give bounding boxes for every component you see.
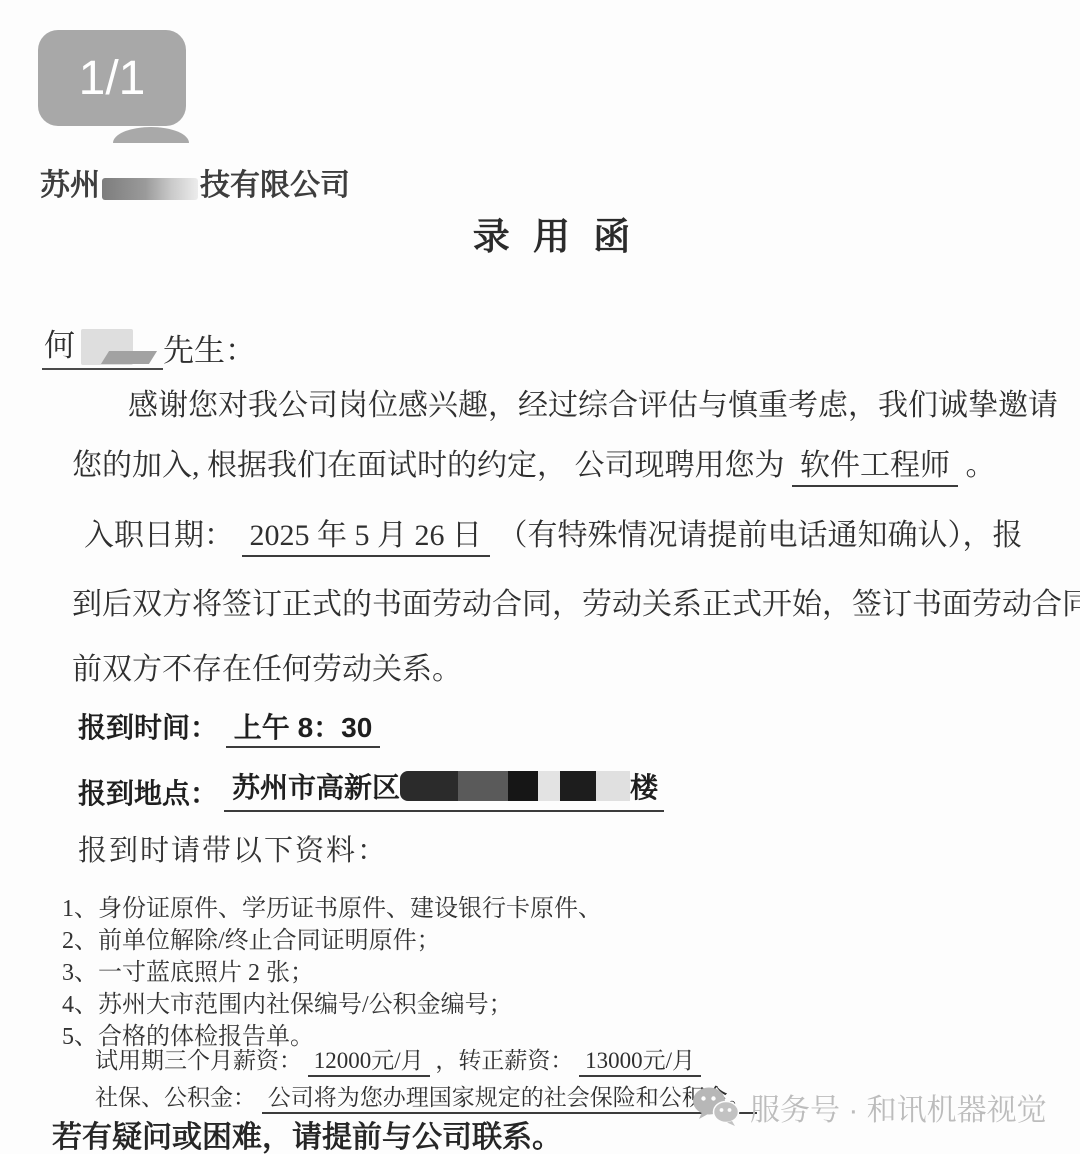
report-place-label: 报到地点： — [78, 772, 218, 812]
report-place-value-underlined: 苏州市高新区 楼 — [224, 766, 664, 812]
paragraph1-line1: 感谢您对我公司岗位感兴趣，经过综合评估与慎重考虑，我们诚挚邀请 — [128, 380, 1058, 424]
page-indicator-badge: 1/1 — [38, 30, 186, 126]
greeting-suffix: 先生： — [163, 325, 256, 370]
materials-item-1: 1、身份证原件、学历证书原件、建设银行卡原件、 — [62, 893, 602, 925]
address-redaction-block-3 — [508, 771, 538, 801]
company-name-prefix: 苏州 — [40, 160, 100, 204]
watermark: 服务号 · 和讯机器视觉 — [692, 1085, 1047, 1129]
salary-label: 试用期三个月薪资： — [95, 1048, 302, 1073]
address-redaction-gap — [538, 771, 560, 801]
insurance-value-underlined: 公司将为您办理国家规定的社会保险和公积金。 — [262, 1085, 757, 1114]
salary-mid-text: ，转正薪资： — [435, 1048, 573, 1073]
salary-line: 试用期三个月薪资： 12000元/月 ，转正薪资： 13000元/月 — [95, 1042, 701, 1075]
paragraph2-line3: 前双方不存在任何劳动关系。 — [72, 644, 462, 688]
materials-list: 1、身份证原件、学历证书原件、建设银行卡原件、 2、前单位解除/终止合同证明原件… — [62, 893, 602, 1053]
recipient-surname: 何 — [44, 320, 75, 365]
report-time-line: 报到时间： 上午 8：30 — [78, 706, 380, 746]
page-indicator-text: 1/1 — [79, 51, 146, 106]
paragraph1-line2-period: 。 — [966, 449, 996, 482]
watermark-text: 服务号 · 和讯机器视觉 — [750, 1085, 1047, 1129]
probation-salary-underlined: 12000元/月 — [308, 1048, 430, 1077]
offer-letter-page: 1/1 苏州 技有限公司 录 用 函 何 先生： 感谢您对我公司岗位感兴趣，经过… — [0, 0, 1080, 1154]
materials-item-2: 2、前单位解除/终止合同证明原件； — [62, 925, 602, 957]
onboard-date-note: （有特殊情况请提前电话通知确认），报 — [498, 519, 1023, 552]
gray-dome-shape — [113, 127, 189, 143]
address-redaction-block-4 — [560, 771, 596, 801]
document-title: 录 用 函 — [0, 206, 1080, 260]
paragraph1-line2-text: 您的加入, 根据我们在面试时的约定， 公司现聘用您为 — [72, 449, 785, 482]
report-place-district: 苏州市高新区 — [232, 766, 400, 806]
paragraph2-line2: 到后双方将签订正式的书面劳动合同，劳动关系正式开始，签订书面劳动合同 — [72, 579, 1080, 623]
materials-item-3: 3、一寸蓝底照片 2 张； — [62, 957, 602, 989]
insurance-line: 社保、公积金： 公司将为您办理国家规定的社会保险和公积金。 — [95, 1079, 757, 1112]
recipient-name-redaction-wedge — [101, 351, 157, 364]
report-place-suffix: 楼 — [630, 766, 658, 806]
insurance-label: 社保、公积金： — [95, 1085, 256, 1110]
regular-salary-underlined: 13000元/月 — [579, 1048, 701, 1077]
address-redaction-block-1 — [400, 771, 458, 801]
company-name-suffix: 技有限公司 — [200, 160, 350, 204]
recipient-name-underlined: 何 — [42, 320, 163, 370]
paragraph1-line2: 您的加入, 根据我们在面试时的约定， 公司现聘用您为 软件工程师 。 — [72, 440, 996, 484]
company-name-redaction — [102, 178, 198, 200]
materials-item-4: 4、苏州大市范围内社保编号/公积金编号； — [62, 989, 602, 1021]
materials-heading: 报到时请带以下资料： — [78, 828, 388, 869]
onboard-date-label: 入职日期： — [84, 519, 234, 552]
report-time-value-underlined: 上午 8：30 — [226, 712, 381, 748]
address-redaction-light-block — [596, 771, 630, 801]
address-redaction-block-2 — [458, 771, 508, 801]
greeting-line: 何 先生： — [42, 320, 256, 370]
position-title-underlined: 软件工程师 — [792, 449, 958, 487]
onboard-date-line: 入职日期： 2025 年 5 月 26 日 （有特殊情况请提前电话通知确认），报 — [84, 510, 1023, 554]
company-name-line: 苏州 技有限公司 — [40, 160, 350, 204]
closing-line: 若有疑问或困难，请提前与公司联系。 — [52, 1112, 562, 1154]
onboard-date-underlined: 2025 年 5 月 26 日 — [242, 519, 491, 557]
wechat-icon — [692, 1086, 740, 1128]
report-place-line: 报到地点： 苏州市高新区 楼 — [78, 766, 664, 812]
report-time-label: 报到时间： — [78, 712, 218, 743]
